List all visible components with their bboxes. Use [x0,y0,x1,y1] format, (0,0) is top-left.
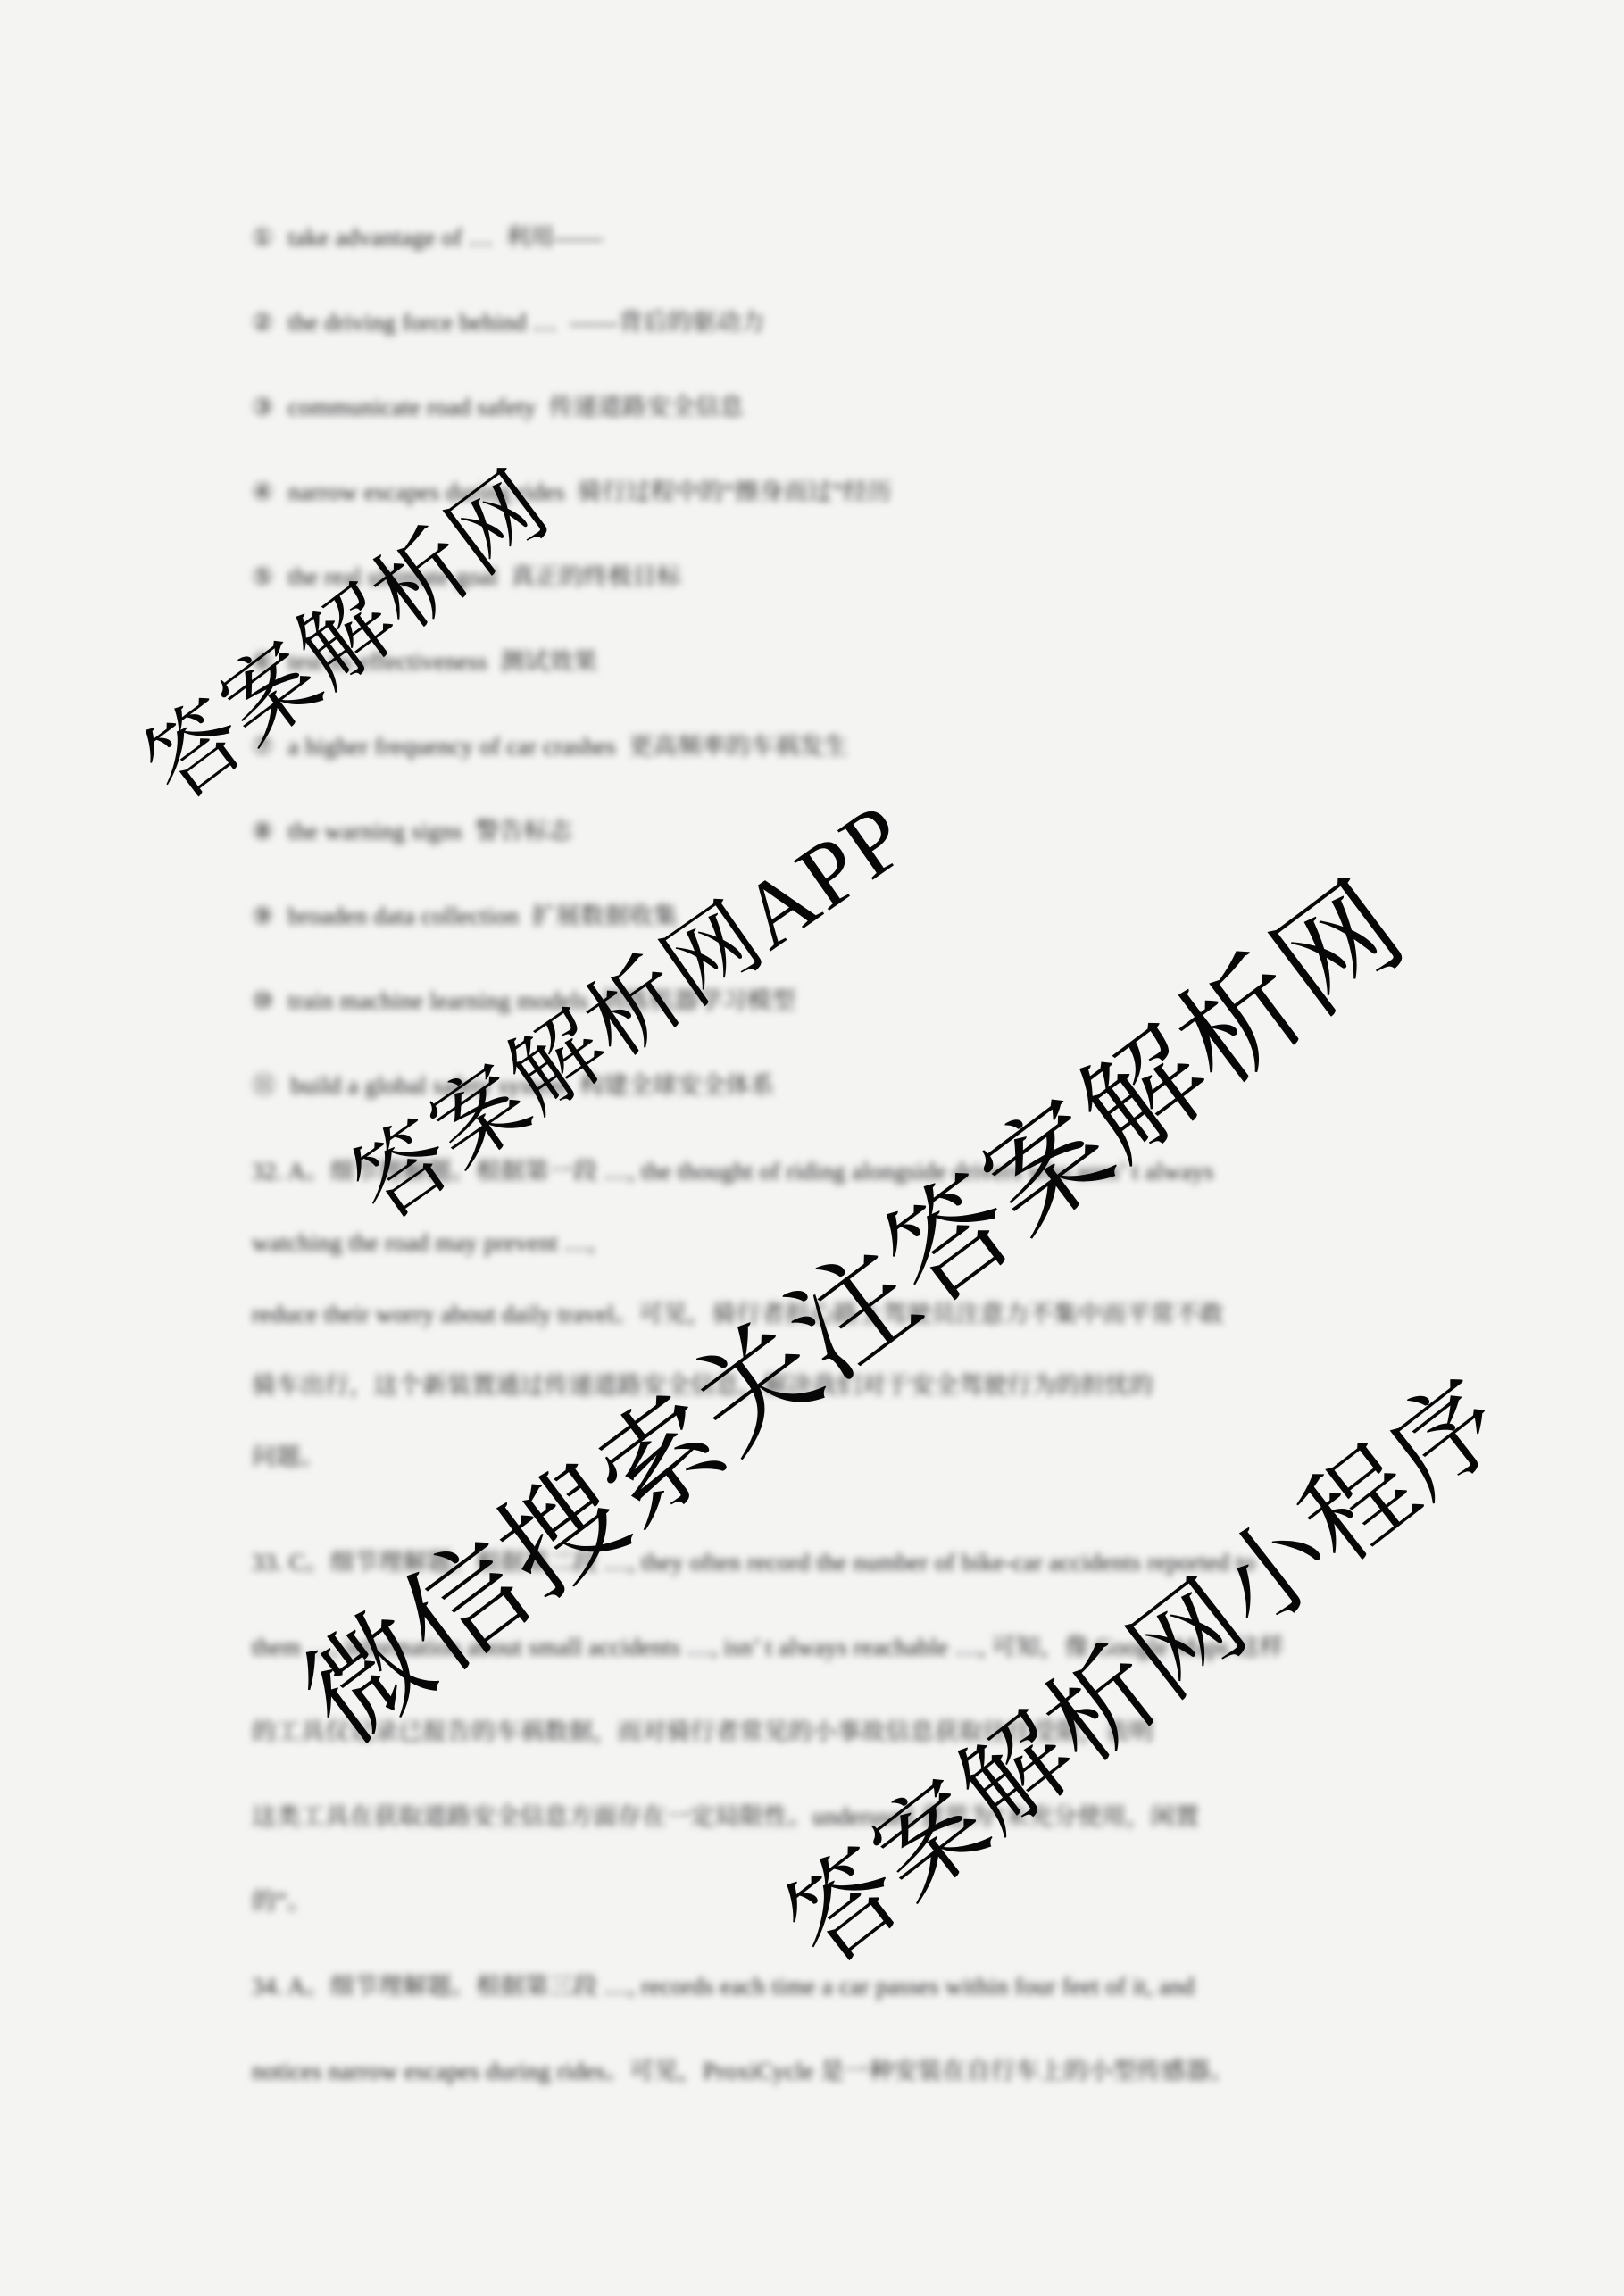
vocab-item-en: the warning signs [288,818,463,844]
vocab-item-num: ③ [252,394,274,420]
vocab-item-num: ⑨ [252,903,274,929]
vocab-item-zh: 传递道路安全信息 [549,394,744,420]
vocab-item: ③communicate road safety传递道路安全信息 [252,387,744,427]
explanation-line-q32: 问题。 [252,1437,325,1477]
vocab-item: ①take advantage of …利用—— [252,218,604,257]
vocab-item-zh: 警告标志 [475,818,572,844]
vocab-item-zh: 真正的终极目标 [511,563,681,590]
vocab-item-zh: 利用—— [505,224,603,251]
vocab-item-en: broaden data collection [288,903,520,929]
vocab-item-zh: ——背后的驱动力 [570,309,764,336]
vocab-item-en: the driving force behind … [288,309,558,336]
vocab-item-num: ② [252,309,274,336]
vocab-item-zh: 更高频率的车祸发生 [629,733,848,760]
explanation-line-q34: 34. A。细节理解题。根据第三段 …, records each time a… [252,1967,1195,2006]
vocab-item-en: communicate road safety [288,394,537,420]
vocab-item-zh: 测试效果 [500,648,597,675]
vocab-item: ⑦a higher frequency of car crashes更高频率的车… [252,727,848,766]
vocab-item: ②the driving force behind …——背后的驱动力 [252,303,765,342]
document-page: ①take advantage of …利用——②the driving for… [0,0,1624,2296]
vocab-item-num: ⑪ [252,1072,276,1099]
explanation-line-q33: 的”。 [252,1882,312,1921]
vocab-item-num: ⑤ [252,563,274,590]
explanation-line-q32: watching the road may prevent …, [252,1223,595,1262]
vocab-item-en: a higher frequency of car crashes [288,733,616,760]
vocab-item: ⑧the warning signs警告标志 [252,811,572,851]
vocab-item-num: ⑩ [252,987,274,1014]
vocab-item-en: take advantage of … [288,224,494,251]
vocab-item-num: ① [252,224,274,251]
vocab-item: ④narrow escapes during rides骑行过程中的“擦身而过”… [252,472,892,512]
vocab-item-num: ⑧ [252,818,274,844]
vocab-item-zh: 骑行过程中的“擦身而过”经历 [578,478,892,505]
explanation-line-q34: notices narrow escapes during rides。可见，P… [252,2051,1235,2091]
vocab-item-num: ④ [252,478,274,505]
